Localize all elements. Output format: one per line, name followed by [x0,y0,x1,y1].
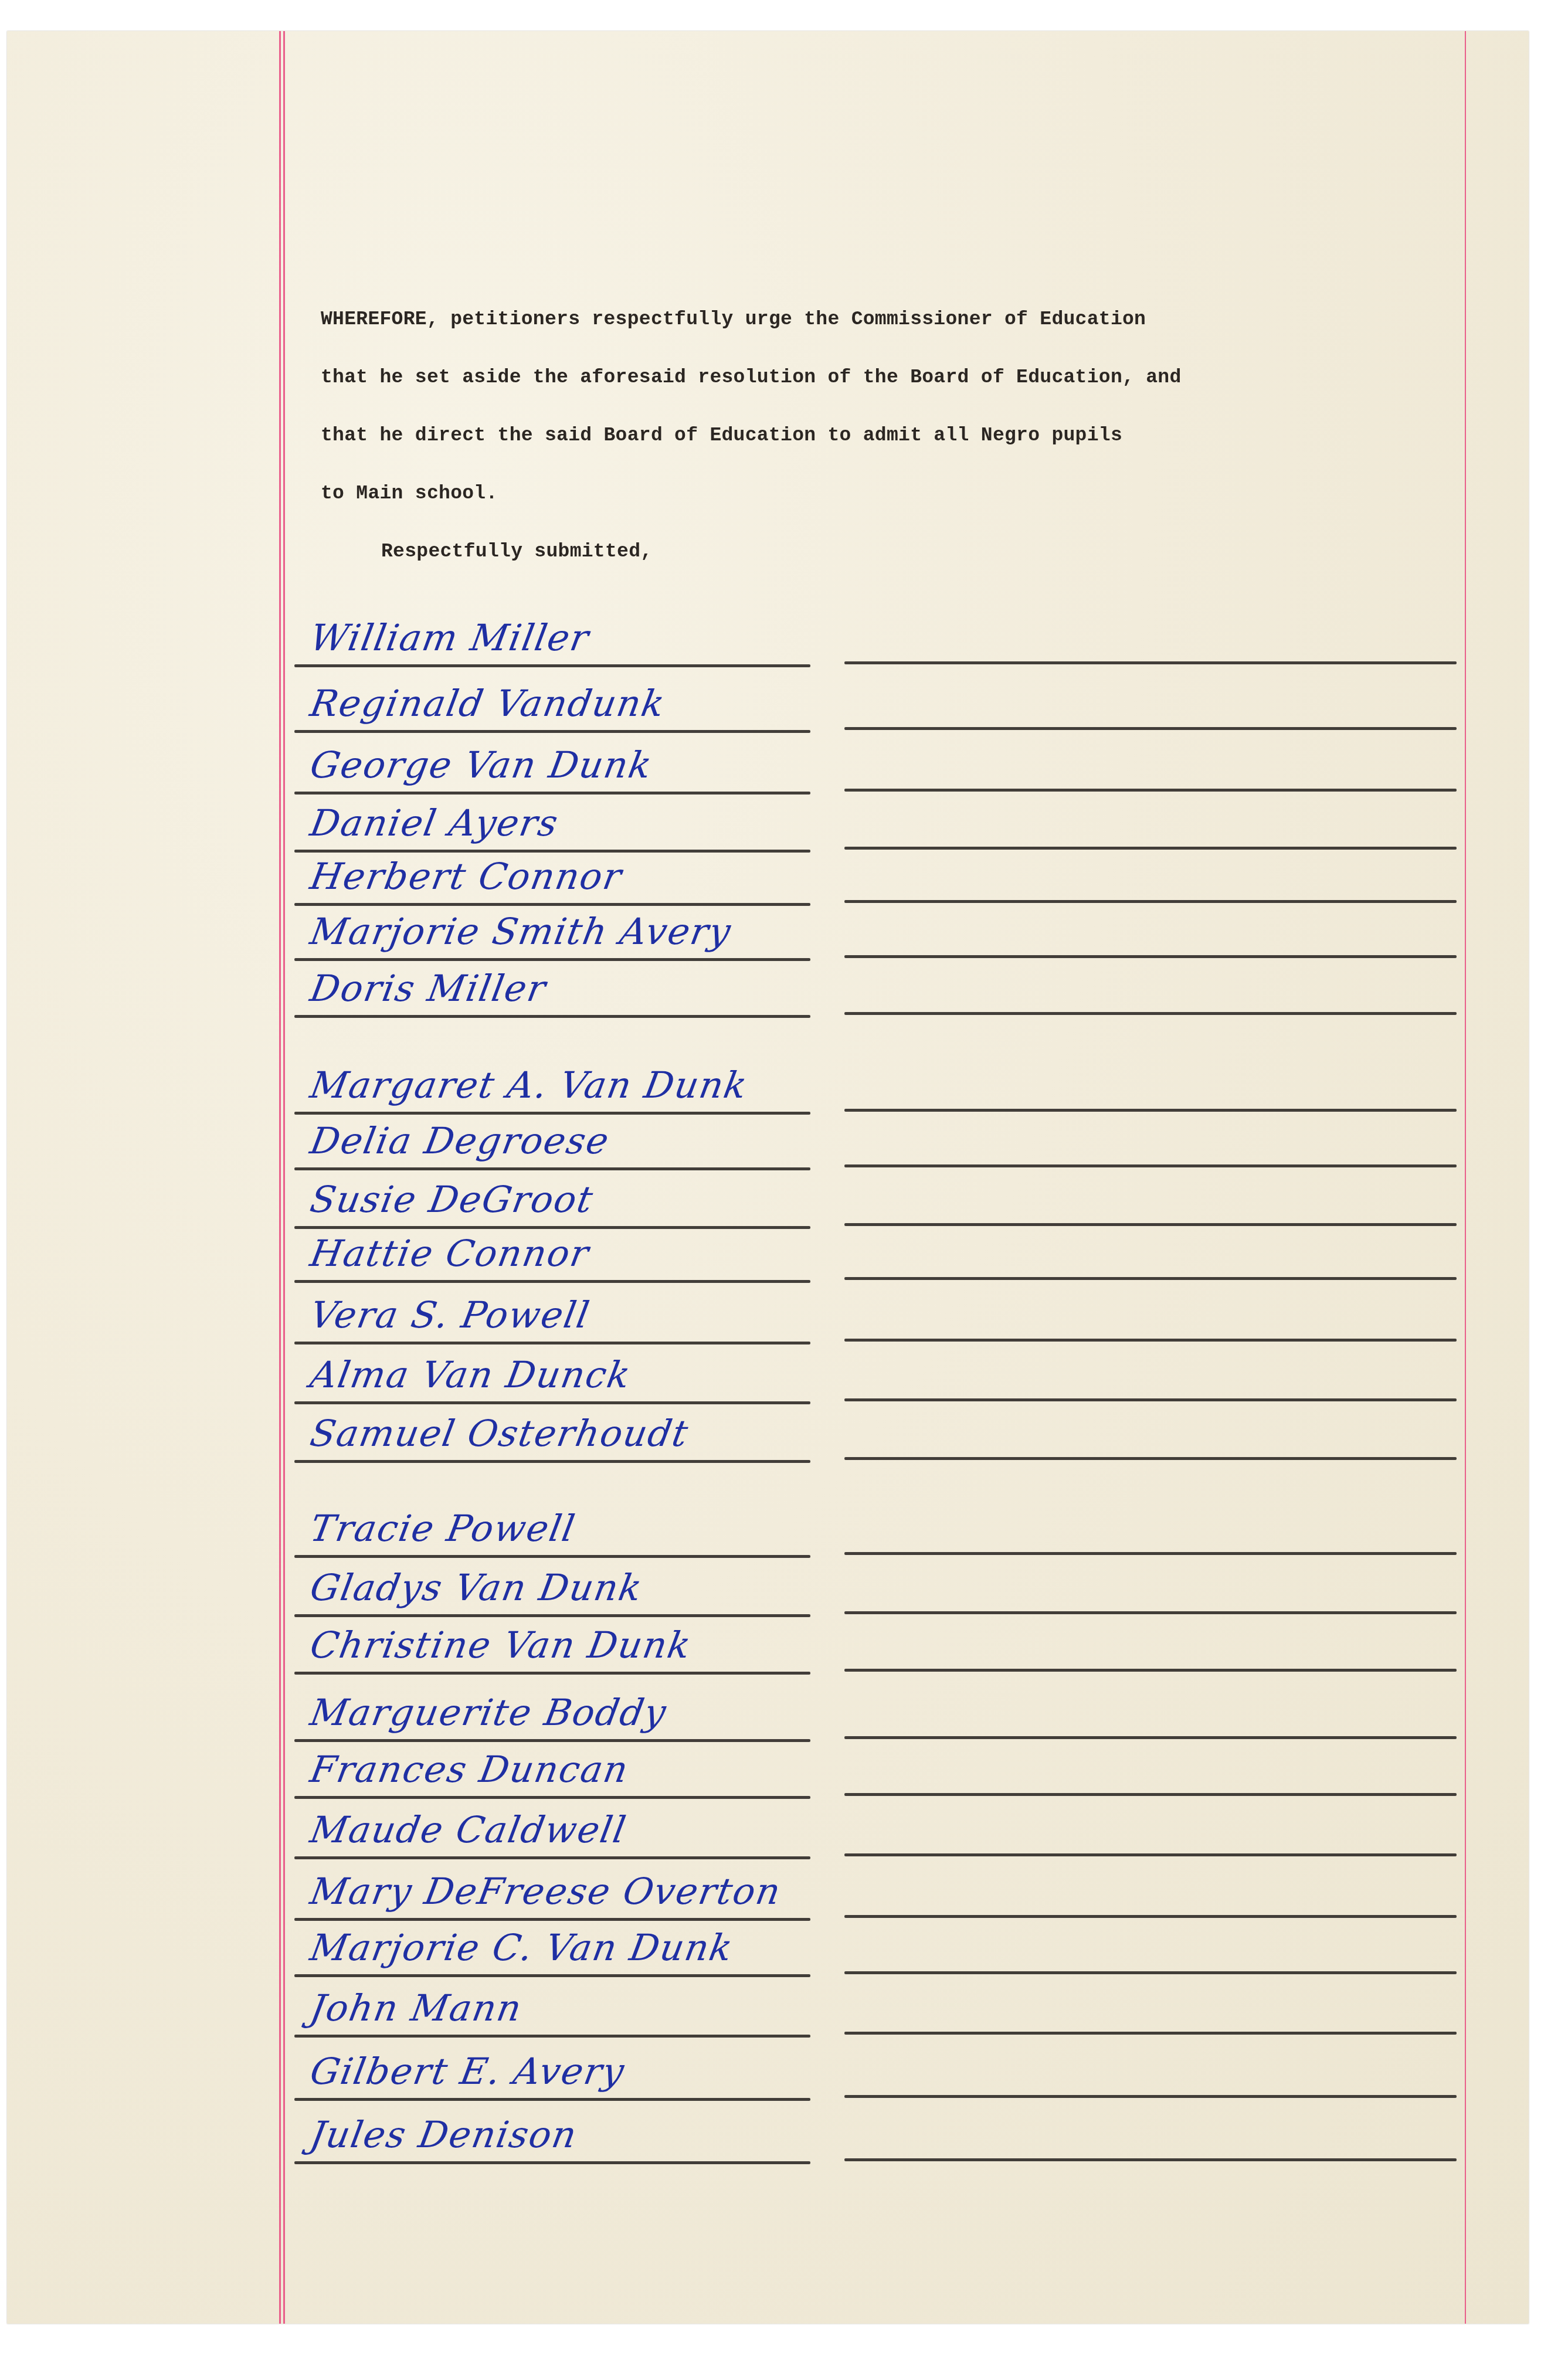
signature-row: Christine Van Dunk [0,1610,1568,1675]
signature-row: Frances Duncan [0,1734,1568,1799]
signature-rule [294,1015,810,1018]
signature-row: Gilbert E. Avery [0,2036,1568,2101]
signature: Daniel Ayers [307,802,562,844]
signature-row: William Miller [0,603,1568,667]
address-rule [844,2095,1457,2098]
signature-row: Doris Miller [0,953,1568,1018]
signature-row: Samuel Osterhoudt [0,1398,1568,1463]
signature: Vera S. Powell [307,1293,594,1336]
signature-rule [294,1672,810,1675]
signature: Alma Van Dunck [307,1353,634,1396]
signature: George Van Dunk [307,743,656,786]
signature-row: Gladys Van Dunk [0,1553,1568,1617]
signature: Maude Caldwell [307,1808,630,1851]
signature-row: Marjorie Smith Avery [0,897,1568,961]
signature: Herbert Connor [307,855,626,898]
address-rule [844,661,1457,664]
signature: William Miller [307,616,593,659]
signature: Tracie Powell [307,1507,579,1550]
address-rule [844,2032,1457,2035]
signature-rule [294,1460,810,1463]
signature: Gilbert E. Avery [307,2050,629,2093]
signature: Samuel Osterhoudt [307,1412,693,1455]
signature: Jules Denison [307,2113,581,2156]
signature: Doris Miller [307,967,550,1010]
signature: John Mann [307,1987,526,2029]
signature-row: Marguerite Boddy [0,1678,1568,1742]
signature-row: John Mann [0,1973,1568,2038]
signature-row: Margaret A. Van Dunk [0,1050,1568,1115]
signature: Margaret A. Van Dunk [307,1064,752,1106]
signature: Marjorie Smith Avery [307,910,735,953]
signature: Gladys Van Dunk [307,1566,646,1609]
signature-row: Maude Caldwell [0,1795,1568,1859]
signature-row: Mary DeFreese Overton [0,1856,1568,1921]
address-rule [844,2158,1457,2161]
address-rule [844,1457,1457,1460]
signature: Mary DeFreese Overton [307,1870,785,1913]
signature-row: Delia Degroese [0,1106,1568,1170]
signature: Reginald Vandunk [307,682,669,725]
signature: Marjorie C. Van Dunk [307,1926,737,1969]
signature-row: Reginald Vandunk [0,668,1568,733]
signature-rule [294,664,810,667]
signature: Christine Van Dunk [307,1624,695,1666]
address-rule [844,1012,1457,1015]
signature: Susie DeGroot [307,1178,597,1221]
signature-row: Hattie Connor [0,1218,1568,1283]
signature: Delia Degroese [307,1119,613,1162]
signature: Marguerite Boddy [307,1691,670,1734]
signature-row: Alma Van Dunck [0,1340,1568,1404]
address-rule [844,1669,1457,1672]
signature-row: George Van Dunk [0,730,1568,794]
signature-list: William MillerReginald VandunkGeorge Van… [0,0,1568,2370]
signature-row: Tracie Powell [0,1493,1568,1558]
signature-row: Jules Denison [0,2100,1568,2164]
signature-row: Vera S. Powell [0,1280,1568,1344]
signature: Frances Duncan [307,1748,633,1791]
signature-rule [294,2161,810,2164]
signature: Hattie Connor [307,1232,593,1275]
signature-row: Marjorie C. Van Dunk [0,1913,1568,1977]
